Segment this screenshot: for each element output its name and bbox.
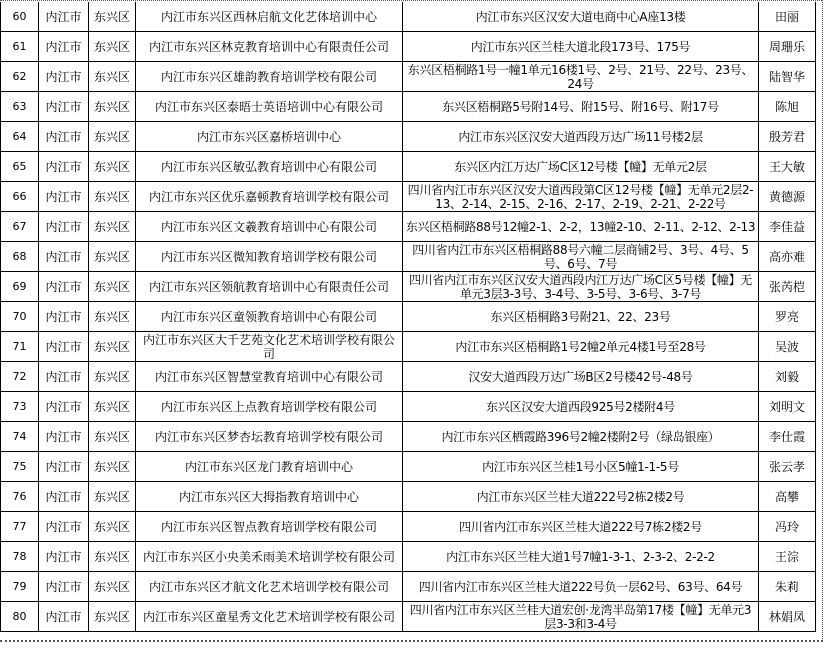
institution-name-cell[interactable]: 内江市东兴区文羲教育培训中心有限公司 — [136, 212, 403, 242]
address-cell[interactable]: 内江市东兴区汉安大道电商中心A座13楼 — [403, 2, 759, 32]
page-break-top — [0, 0, 822, 1]
district-cell[interactable]: 东兴区 — [89, 542, 136, 572]
city-cell[interactable]: 内江市 — [39, 242, 89, 272]
row-number-cell[interactable]: 73 — [1, 392, 39, 422]
city-cell[interactable]: 内江市 — [39, 212, 89, 242]
institution-name-cell[interactable]: 内江市东兴区童领教育培训中心有限公司 — [136, 302, 403, 332]
address-cell[interactable]: 四川省内江市东兴区兰桂大道222号负一层62号、63号、64号 — [403, 572, 759, 602]
institution-name-cell[interactable]: 内江市东兴区智点教育培训学校有限公司 — [136, 512, 403, 542]
district-cell[interactable]: 东兴区 — [89, 182, 136, 212]
row-number-cell[interactable]: 70 — [1, 302, 39, 332]
contact-person-cell[interactable]: 林娟凤 — [759, 602, 816, 632]
contact-person-cell[interactable]: 吴波 — [759, 332, 816, 362]
table-row: 65内江市东兴区内江市东兴区敏弘教育培训中心有限公司东兴区内江万达广场C区12号… — [1, 152, 816, 182]
row-number-cell[interactable]: 80 — [1, 602, 39, 632]
contact-person-cell[interactable]: 刘明文 — [759, 392, 816, 422]
address-cell[interactable]: 东兴区梧桐路1号一幢1单元16楼1号、2号、21号、22号、23号、24号 — [403, 62, 759, 92]
address-cell[interactable]: 四川省内江市东兴区兰桂大道222号7栋2楼2号 — [403, 512, 759, 542]
district-cell[interactable]: 东兴区 — [89, 302, 136, 332]
district-cell[interactable]: 东兴区 — [89, 392, 136, 422]
institution-name-cell[interactable]: 内江市东兴区微知教育培训学校有限公司 — [136, 242, 403, 272]
city-cell[interactable]: 内江市 — [39, 452, 89, 482]
city-cell[interactable]: 内江市 — [39, 362, 89, 392]
row-number-cell[interactable]: 61 — [1, 32, 39, 62]
row-number-cell[interactable]: 72 — [1, 362, 39, 392]
city-cell[interactable]: 内江市 — [39, 62, 89, 92]
district-cell[interactable]: 东兴区 — [89, 332, 136, 362]
address-cell[interactable]: 四川省内江市东兴区梧桐路88号六幢二层商铺2号、3号、4号、5号、6号、7号 — [403, 242, 759, 272]
row-number-cell[interactable]: 63 — [1, 92, 39, 122]
table-row: 64内江市东兴区内江市东兴区嘉桥培训中心内江市东兴区汉安大道西段万达广场11号楼… — [1, 122, 816, 152]
row-number-cell[interactable]: 66 — [1, 182, 39, 212]
row-number-cell[interactable]: 65 — [1, 152, 39, 182]
contact-person-cell[interactable]: 朱莉 — [759, 572, 816, 602]
contact-person-cell[interactable]: 殷芳君 — [759, 122, 816, 152]
address-cell[interactable]: 内江市东兴区兰桂大道北段173号、175号 — [403, 32, 759, 62]
table-row: 72内江市东兴区内江市东兴区智慧堂教育培训中心有限公司汉安大道西段万达广场B区2… — [1, 362, 816, 392]
institution-name-cell[interactable]: 内江市东兴区泰晤士英语培训中心有限公司 — [136, 92, 403, 122]
row-number-cell[interactable]: 69 — [1, 272, 39, 302]
contact-person-cell[interactable]: 陆智华 — [759, 62, 816, 92]
row-number-cell[interactable]: 75 — [1, 452, 39, 482]
institution-name-cell[interactable]: 内江市东兴区才航文化艺术培训学校有限公司 — [136, 572, 403, 602]
row-number-cell[interactable]: 74 — [1, 422, 39, 452]
contact-person-cell[interactable]: 田丽 — [759, 2, 816, 32]
district-cell[interactable]: 东兴区 — [89, 602, 136, 632]
institution-name-cell[interactable]: 内江市东兴区上点教育培训学校有限公司 — [136, 392, 403, 422]
address-cell[interactable]: 东兴区内江万达广场C区12号楼【幢】无单元2层 — [403, 152, 759, 182]
table-row: 69内江市东兴区内江市东兴区领航教育培训中心有限责任公司四川省内江市东兴区汉安大… — [1, 272, 816, 302]
address-cell[interactable]: 东兴区梧桐路88号12幢2-1、2-2，13幢2-10、2-11、2-12、2-… — [403, 212, 759, 242]
institution-name-cell[interactable]: 内江市东兴区嘉桥培训中心 — [136, 122, 403, 152]
row-number-cell[interactable]: 67 — [1, 212, 39, 242]
district-cell[interactable]: 东兴区 — [89, 212, 136, 242]
institution-name-cell[interactable]: 内江市东兴区雄韵教育培训学校有限公司 — [136, 62, 403, 92]
institution-name-cell[interactable]: 内江市东兴区梦杏坛教育培训学校有限公司 — [136, 422, 403, 452]
page-break-right — [822, 0, 823, 641]
table-row: 77内江市东兴区内江市东兴区智点教育培训学校有限公司四川省内江市东兴区兰桂大道2… — [1, 512, 816, 542]
city-cell[interactable]: 内江市 — [39, 332, 89, 362]
address-cell[interactable]: 东兴区梧桐路5号附14号、附15号、附16号、附17号 — [403, 92, 759, 122]
contact-person-cell[interactable]: 冯玲 — [759, 512, 816, 542]
contact-person-cell[interactable]: 高攀 — [759, 482, 816, 512]
district-cell[interactable]: 东兴区 — [89, 512, 136, 542]
city-cell[interactable]: 内江市 — [39, 182, 89, 212]
district-cell[interactable]: 东兴区 — [89, 482, 136, 512]
row-number-cell[interactable]: 77 — [1, 512, 39, 542]
table-row: 68内江市东兴区内江市东兴区微知教育培训学校有限公司四川省内江市东兴区梧桐路88… — [1, 242, 816, 272]
district-cell[interactable]: 东兴区 — [89, 32, 136, 62]
row-number-cell[interactable]: 62 — [1, 62, 39, 92]
district-cell[interactable]: 东兴区 — [89, 242, 136, 272]
contact-person-cell[interactable]: 陈旭 — [759, 92, 816, 122]
contact-person-cell[interactable]: 李仕霞 — [759, 422, 816, 452]
contact-person-cell[interactable]: 李佳益 — [759, 212, 816, 242]
row-number-cell[interactable]: 60 — [1, 2, 39, 32]
district-cell[interactable]: 东兴区 — [89, 122, 136, 152]
address-cell[interactable]: 汉安大道西段万达广场B区2号楼42号-48号 — [403, 362, 759, 392]
row-number-cell[interactable]: 71 — [1, 332, 39, 362]
table-row: 73内江市东兴区内江市东兴区上点教育培训学校有限公司东兴区汉安大道西段925号2… — [1, 392, 816, 422]
address-cell[interactable]: 内江市东兴区梧桐路1号2幢2单元4楼1号至28号 — [403, 332, 759, 362]
table-row: 62内江市东兴区内江市东兴区雄韵教育培训学校有限公司东兴区梧桐路1号一幢1单元1… — [1, 62, 816, 92]
table-row: 75内江市东兴区内江市东兴区龙门教育培训中心内江市东兴区兰桂1号小区5幢1-1-… — [1, 452, 816, 482]
city-cell[interactable]: 内江市 — [39, 572, 89, 602]
address-cell[interactable]: 四川省内江市东兴区汉安大道西段内江万达广场C区5号楼【幢】无单元3层3-3号、3… — [403, 272, 759, 302]
institution-name-cell[interactable]: 内江市东兴区领航教育培训中心有限责任公司 — [136, 272, 403, 302]
district-cell[interactable]: 东兴区 — [89, 152, 136, 182]
address-cell[interactable]: 内江市东兴区兰桂大道1号7幢1-3-1、2-3-2、2-2-2 — [403, 542, 759, 572]
contact-person-cell[interactable]: 王大敏 — [759, 152, 816, 182]
table-row: 67内江市东兴区内江市东兴区文羲教育培训中心有限公司东兴区梧桐路88号12幢2-… — [1, 212, 816, 242]
city-cell[interactable]: 内江市 — [39, 542, 89, 572]
page-break-bottom — [0, 640, 823, 642]
district-cell[interactable]: 东兴区 — [89, 92, 136, 122]
table-row: 80内江市东兴区内江市东兴区童星秀文化艺术培训学校有限公司四川省内江市东兴区兰桂… — [1, 602, 816, 632]
address-cell[interactable]: 东兴区梧桐路3号附21、22、23号 — [403, 302, 759, 332]
institution-name-cell[interactable]: 内江市东兴区大拇指教育培训中心 — [136, 482, 403, 512]
row-number-cell[interactable]: 76 — [1, 482, 39, 512]
city-cell[interactable]: 内江市 — [39, 32, 89, 62]
city-cell[interactable]: 内江市 — [39, 152, 89, 182]
district-cell[interactable]: 东兴区 — [89, 272, 136, 302]
district-cell[interactable]: 东兴区 — [89, 362, 136, 392]
address-cell[interactable]: 四川省内江市东兴区汉安大道西段第C区12号楼【幢】无单元2层2-13、2-14、… — [403, 182, 759, 212]
institution-name-cell[interactable]: 内江市东兴区智慧堂教育培训中心有限公司 — [136, 362, 403, 392]
table-row: 61内江市东兴区内江市东兴区林克教育培训中心有限责任公司内江市东兴区兰桂大道北段… — [1, 32, 816, 62]
table-row: 70内江市东兴区内江市东兴区童领教育培训中心有限公司东兴区梧桐路3号附21、22… — [1, 302, 816, 332]
institution-name-cell[interactable]: 内江市东兴区西林启航文化艺体培训中心 — [136, 2, 403, 32]
contact-person-cell[interactable]: 王淙 — [759, 542, 816, 572]
address-cell[interactable]: 内江市东兴区兰桂1号小区5幢1-1-5号 — [403, 452, 759, 482]
city-cell[interactable]: 内江市 — [39, 482, 89, 512]
training-institutions-table: 60内江市东兴区内江市东兴区西林启航文化艺体培训中心内江市东兴区汉安大道电商中心… — [0, 2, 816, 632]
city-cell[interactable]: 内江市 — [39, 302, 89, 332]
district-cell[interactable]: 东兴区 — [89, 422, 136, 452]
row-number-cell[interactable]: 68 — [1, 242, 39, 272]
table-row: 71内江市东兴区内江市东兴区大千艺苑文化艺术培训学校有限公司内江市东兴区梧桐路1… — [1, 332, 816, 362]
city-cell[interactable]: 内江市 — [39, 602, 89, 632]
address-cell[interactable]: 内江市东兴区兰桂大道222号2栋2楼2号 — [403, 482, 759, 512]
row-number-cell[interactable]: 79 — [1, 572, 39, 602]
city-cell[interactable]: 内江市 — [39, 272, 89, 302]
institution-name-cell[interactable]: 内江市东兴区童星秀文化艺术培训学校有限公司 — [136, 602, 403, 632]
table-row: 79内江市东兴区内江市东兴区才航文化艺术培训学校有限公司四川省内江市东兴区兰桂大… — [1, 572, 816, 602]
city-cell[interactable]: 内江市 — [39, 2, 89, 32]
city-cell[interactable]: 内江市 — [39, 422, 89, 452]
address-cell[interactable]: 东兴区汉安大道西段925号2楼附4号 — [403, 392, 759, 422]
table-row: 63内江市东兴区内江市东兴区泰晤士英语培训中心有限公司东兴区梧桐路5号附14号、… — [1, 92, 816, 122]
contact-person-cell[interactable]: 刘毅 — [759, 362, 816, 392]
district-cell[interactable]: 东兴区 — [89, 452, 136, 482]
table-row: 74内江市东兴区内江市东兴区梦杏坛教育培训学校有限公司内江市东兴区栖霞路396号… — [1, 422, 816, 452]
table-row: 76内江市东兴区内江市东兴区大拇指教育培训中心内江市东兴区兰桂大道222号2栋2… — [1, 482, 816, 512]
address-cell[interactable]: 内江市东兴区汉安大道西段万达广场11号楼2层 — [403, 122, 759, 152]
institution-name-cell[interactable]: 内江市东兴区优乐嘉顿教育培训学校有限公司 — [136, 182, 403, 212]
row-number-cell[interactable]: 78 — [1, 542, 39, 572]
row-number-cell[interactable]: 64 — [1, 122, 39, 152]
address-cell[interactable]: 内江市东兴区栖霞路396号2幢2楼附2号（绿岛银座） — [403, 422, 759, 452]
address-cell[interactable]: 四川省内江市东兴区兰桂大道宏创·龙湾半岛第17楼【幢】无单元3层3-3和3-4号 — [403, 602, 759, 632]
table-row: 66内江市东兴区内江市东兴区优乐嘉顿教育培训学校有限公司四川省内江市东兴区汉安大… — [1, 182, 816, 212]
institution-name-cell[interactable]: 内江市东兴区龙门教育培训中心 — [136, 452, 403, 482]
contact-person-cell[interactable]: 高亦难 — [759, 242, 816, 272]
institution-name-cell[interactable]: 内江市东兴区大千艺苑文化艺术培训学校有限公司 — [136, 332, 403, 362]
district-cell[interactable]: 东兴区 — [89, 2, 136, 32]
city-cell[interactable]: 内江市 — [39, 392, 89, 422]
city-cell[interactable]: 内江市 — [39, 92, 89, 122]
table-row: 78内江市东兴区内江市东兴区小央美禾雨美术培训学校有限公司内江市东兴区兰桂大道1… — [1, 542, 816, 572]
contact-person-cell[interactable]: 周珊乐 — [759, 32, 816, 62]
institution-name-cell[interactable]: 内江市东兴区小央美禾雨美术培训学校有限公司 — [136, 542, 403, 572]
table-body: 60内江市东兴区内江市东兴区西林启航文化艺体培训中心内江市东兴区汉安大道电商中心… — [1, 2, 816, 632]
city-cell[interactable]: 内江市 — [39, 512, 89, 542]
institution-name-cell[interactable]: 内江市东兴区敏弘教育培训中心有限公司 — [136, 152, 403, 182]
district-cell[interactable]: 东兴区 — [89, 62, 136, 92]
contact-person-cell[interactable]: 黄德源 — [759, 182, 816, 212]
table-row: 60内江市东兴区内江市东兴区西林启航文化艺体培训中心内江市东兴区汉安大道电商中心… — [1, 2, 816, 32]
contact-person-cell[interactable]: 罗亮 — [759, 302, 816, 332]
city-cell[interactable]: 内江市 — [39, 122, 89, 152]
district-cell[interactable]: 东兴区 — [89, 572, 136, 602]
institution-name-cell[interactable]: 内江市东兴区林克教育培训中心有限责任公司 — [136, 32, 403, 62]
contact-person-cell[interactable]: 张云孝 — [759, 452, 816, 482]
contact-person-cell[interactable]: 张芮桤 — [759, 272, 816, 302]
